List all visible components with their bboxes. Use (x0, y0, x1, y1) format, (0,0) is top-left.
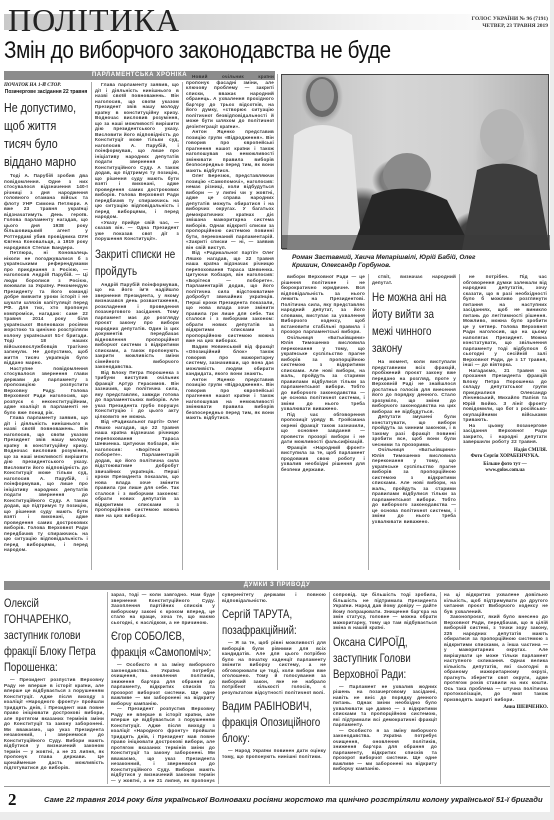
photo-credit: Фото Сергія ХОРАБЕНЧУКА. (463, 454, 547, 460)
paragraph: Андрій Парубій поінформував, що на його … (95, 282, 179, 370)
opinion-col-4: сопровід. Це більшість тоді зробила, біл… (333, 592, 437, 784)
paragraph: Тоді А. Парубій зробив два повідомлення.… (4, 173, 88, 250)
opinion-text: — Президент розпустив Верховну Раду не в… (4, 677, 104, 771)
photo-caption: Роман Заставний, Хвича Мепарішвілі, Юрій… (292, 254, 492, 270)
opinion-text: на ці відкритих ухвалене довільно кількі… (444, 592, 548, 702)
paragraph: Антон Яценко представив позицію групи «В… (186, 377, 274, 421)
paragraph: Глава парламенту заявив, що дії і діяльн… (95, 82, 179, 220)
speaker-goncharenko: Олексій ГОНЧАРЕНКО, заступник голови фра… (4, 595, 104, 675)
opinion-text: зараз, тоді — коли завгодно. Нам буде зв… (111, 592, 215, 625)
opinion-text: суверенітету держави і повною відповідал… (222, 592, 326, 603)
paragraph: Наступне повідомлення стосувалося зверне… (4, 366, 88, 416)
paragraph: «Указу прийде свій час, — сказав він. — … (95, 220, 179, 242)
paragraph: Глава парламенту заявив, що дії і діяльн… (4, 415, 88, 553)
column-divider (277, 74, 278, 570)
paragraph: Від Блоку Петра Порошенка з трибуни вист… (95, 370, 179, 420)
author-signature: Анна ШЕВЧЕНКО. (444, 705, 548, 711)
column-divider (329, 592, 330, 784)
paragraph: Законопроєкт, який було внесено до Верхо… (444, 614, 548, 702)
footer-divider (4, 786, 550, 787)
paragraph: Фракція «Народний фронт» виступила за те… (281, 445, 365, 473)
subhead-law-limits: Не можна ані на йоту вийти за межі чинно… (372, 289, 455, 357)
column-2: Глава парламенту заявив, що дії і діяльн… (95, 82, 179, 570)
photo-people-silhouettes (282, 75, 550, 250)
paragraph: сопровід. Це більшість тоді зробила, біл… (333, 592, 437, 631)
paragraph: — Народ України повинен дати оцінку тому… (222, 748, 326, 759)
column-4: вибори Верховної Ради — це рішення політ… (281, 274, 365, 570)
opinion-text: — Особисто я за зміну виборчого законода… (111, 662, 215, 784)
page-headline: Змін до виборчого законодавства не буде (4, 37, 391, 65)
col4-text: вибори Верховної Ради — це рішення політ… (281, 274, 365, 472)
issue-info: ГОЛОС УКРАЇНИ № 96 (7191) ЧЕТВЕР, 23 ТРА… (472, 16, 548, 30)
masthead: ПОЛІТИКА ГОЛОС УКРАЇНИ № 96 (7191) ЧЕТВЕ… (4, 6, 550, 32)
paragraph: не потрібен. Під час обговорення думки з… (463, 274, 547, 368)
paragraph: — Президент розпустив Верховну Раду не в… (4, 677, 104, 771)
opinion-text: — Я за те, щоб рівні можливості для вибо… (222, 640, 326, 695)
column-divider (218, 592, 219, 784)
opinion-col-2: зараз, тоді — коли завгодно. Нам буде зв… (111, 592, 215, 784)
column-divider (368, 274, 369, 570)
newspaper-issue: ГОЛОС УКРАЇНИ № 96 (7191) (472, 16, 548, 23)
newspaper-page: ПОЛІТИКА ГОЛОС УКРАЇНИ № 96 (7191) ЧЕТВЕ… (0, 0, 550, 812)
paragraph: Очільниця «Батьківщини» Юлія Тимошенко в… (372, 447, 456, 524)
paragraph: Від «Радикальної партії» Олег Ляшко нага… (186, 250, 274, 344)
opinion-text: сопровід. Це більшість тоді зробила, біл… (333, 592, 437, 631)
column-divider (440, 592, 441, 784)
opinion-col-5: на ці відкритих ухвалене довільно кількі… (444, 592, 548, 784)
col2-text-2: Андрій Парубій поінформував, що на його … (95, 282, 179, 519)
kicker-sub: Позачергове засідання 22 травня (4, 89, 88, 95)
paragraph: зараз, тоді — коли завгодно. Нам буде зв… (111, 592, 215, 625)
paragraph: Олег Березюк, представляючи позицію «Сам… (186, 173, 274, 250)
paragraph: — Особисто я за зміну виборчого законода… (111, 662, 215, 706)
column-divider (91, 82, 92, 570)
footer-quote: Саме 22 травня 2014 року біля українсько… (44, 795, 543, 804)
speaker-rabinovich: Вадим РАБІНОВИЧ, фракція Опозиційного бл… (222, 698, 326, 746)
paragraph: Вадим Новинський від фракції «Опозиційни… (186, 344, 274, 377)
paragraph: Антон Яценко представив позицію групи «В… (186, 129, 274, 173)
opinion-col-1: Олексій ГОНЧАРЕНКО, заступник голови фра… (4, 592, 104, 784)
paragraph: Нагадаємо, 21 травня на прохання Президе… (463, 368, 547, 423)
column-5: ствії, визначає народний депутат. Не мож… (372, 274, 456, 570)
column-6: не потрібен. Під час обговорення думки з… (463, 274, 547, 570)
paragraph: вибори Верховної Ради — це рішення політ… (281, 274, 365, 335)
paragraph: — Парламент не ухвалив жодних рішень на … (333, 684, 437, 728)
paragraph: — Президент розпустив Верховну Раду не в… (111, 706, 215, 784)
paragraph: Під час обговорення пропозиції уряду В. … (281, 412, 365, 445)
col5-text: ствії, визначає народний депутат. (372, 274, 456, 285)
page-number: 2 (8, 790, 17, 810)
col6-text: не потрібен. Під час обговорення думки з… (463, 274, 547, 445)
section-title: ПОЛІТИКА (8, 4, 180, 36)
kicker: ПОЧАТОК НА 1-Й СТОР. (4, 83, 88, 88)
speaker-sobolev: Єгор СОБОЛЄВ, фракція «Самопоміч»: (111, 628, 215, 660)
paragraph: — Я за те, щоб рівні можливості для вибо… (222, 640, 326, 695)
column-divider (107, 592, 108, 784)
lead-subhead: Не допустимо, щоб життя тисяч було відда… (4, 99, 87, 171)
paragraph: Депутати змушені були констатувати, що в… (372, 414, 456, 447)
more-photos-link[interactable]: Більше фото тут — www.golos.com.ua (463, 462, 547, 474)
paragraph: На момент, коли виступали представники в… (372, 359, 456, 414)
speaker-taruta: Сергій ТАРУТА, позафракційний: (222, 606, 326, 638)
opinion-text: — Народ України повинен дати оцінку тому… (222, 748, 326, 759)
subhead-closed-lists: Закриті списки не пройдуть (95, 246, 178, 280)
paragraph: ствії, визначає народний депутат. (372, 274, 456, 285)
paragraph: Новий очільник країни пропонує фасадні з… (186, 74, 274, 129)
column-divider (182, 82, 183, 570)
speaker-syroid: Оксана СИРОЇД, заступник Голови Верховно… (333, 634, 437, 682)
column-3: Новий очільник країни пропонує фасадні з… (186, 74, 274, 570)
issue-date: ЧЕТВЕР, 23 ТРАВНЯ 2019 (472, 23, 548, 30)
column-1: ПОЧАТОК НА 1-Й СТОР. Позачергове засідан… (4, 82, 88, 570)
paragraph: — Особисто я за зміну виборчого законода… (333, 728, 437, 772)
article-photo (281, 74, 549, 249)
paragraph: суверенітету держави і повною відповідал… (222, 592, 326, 603)
opinion-text: — Парламент не ухвалив жодних рішень на … (333, 684, 437, 772)
paragraph: Очільниця «Батьківщини» Юлія Тимошенко в… (281, 335, 365, 412)
column-divider (459, 274, 460, 570)
col3-text: Новий очільник країни пропонує фасадні з… (186, 74, 274, 421)
col2-text: Глава парламенту заявив, що дії і діяльн… (95, 82, 179, 242)
opinion-col-3: суверенітету держави і повною відповідал… (222, 592, 326, 784)
rubric-opinions: ДУМКИ З ПРИВОДУ (4, 581, 550, 590)
paragraph: Петлюра, ні Коновалець ніколи не погоджу… (4, 250, 88, 366)
col5-text-2: На момент, коли виступали представники в… (372, 359, 456, 524)
paragraph: Від «Радикальної партії» Олег Ляшко нага… (95, 419, 179, 518)
paragraph: На цьому позачергове засідання Верховної… (463, 423, 547, 445)
paragraph: на ці відкритих ухвалене довільно кількі… (444, 592, 548, 614)
lead-text: Тоді А. Парубій зробив два повідомлення.… (4, 173, 88, 553)
